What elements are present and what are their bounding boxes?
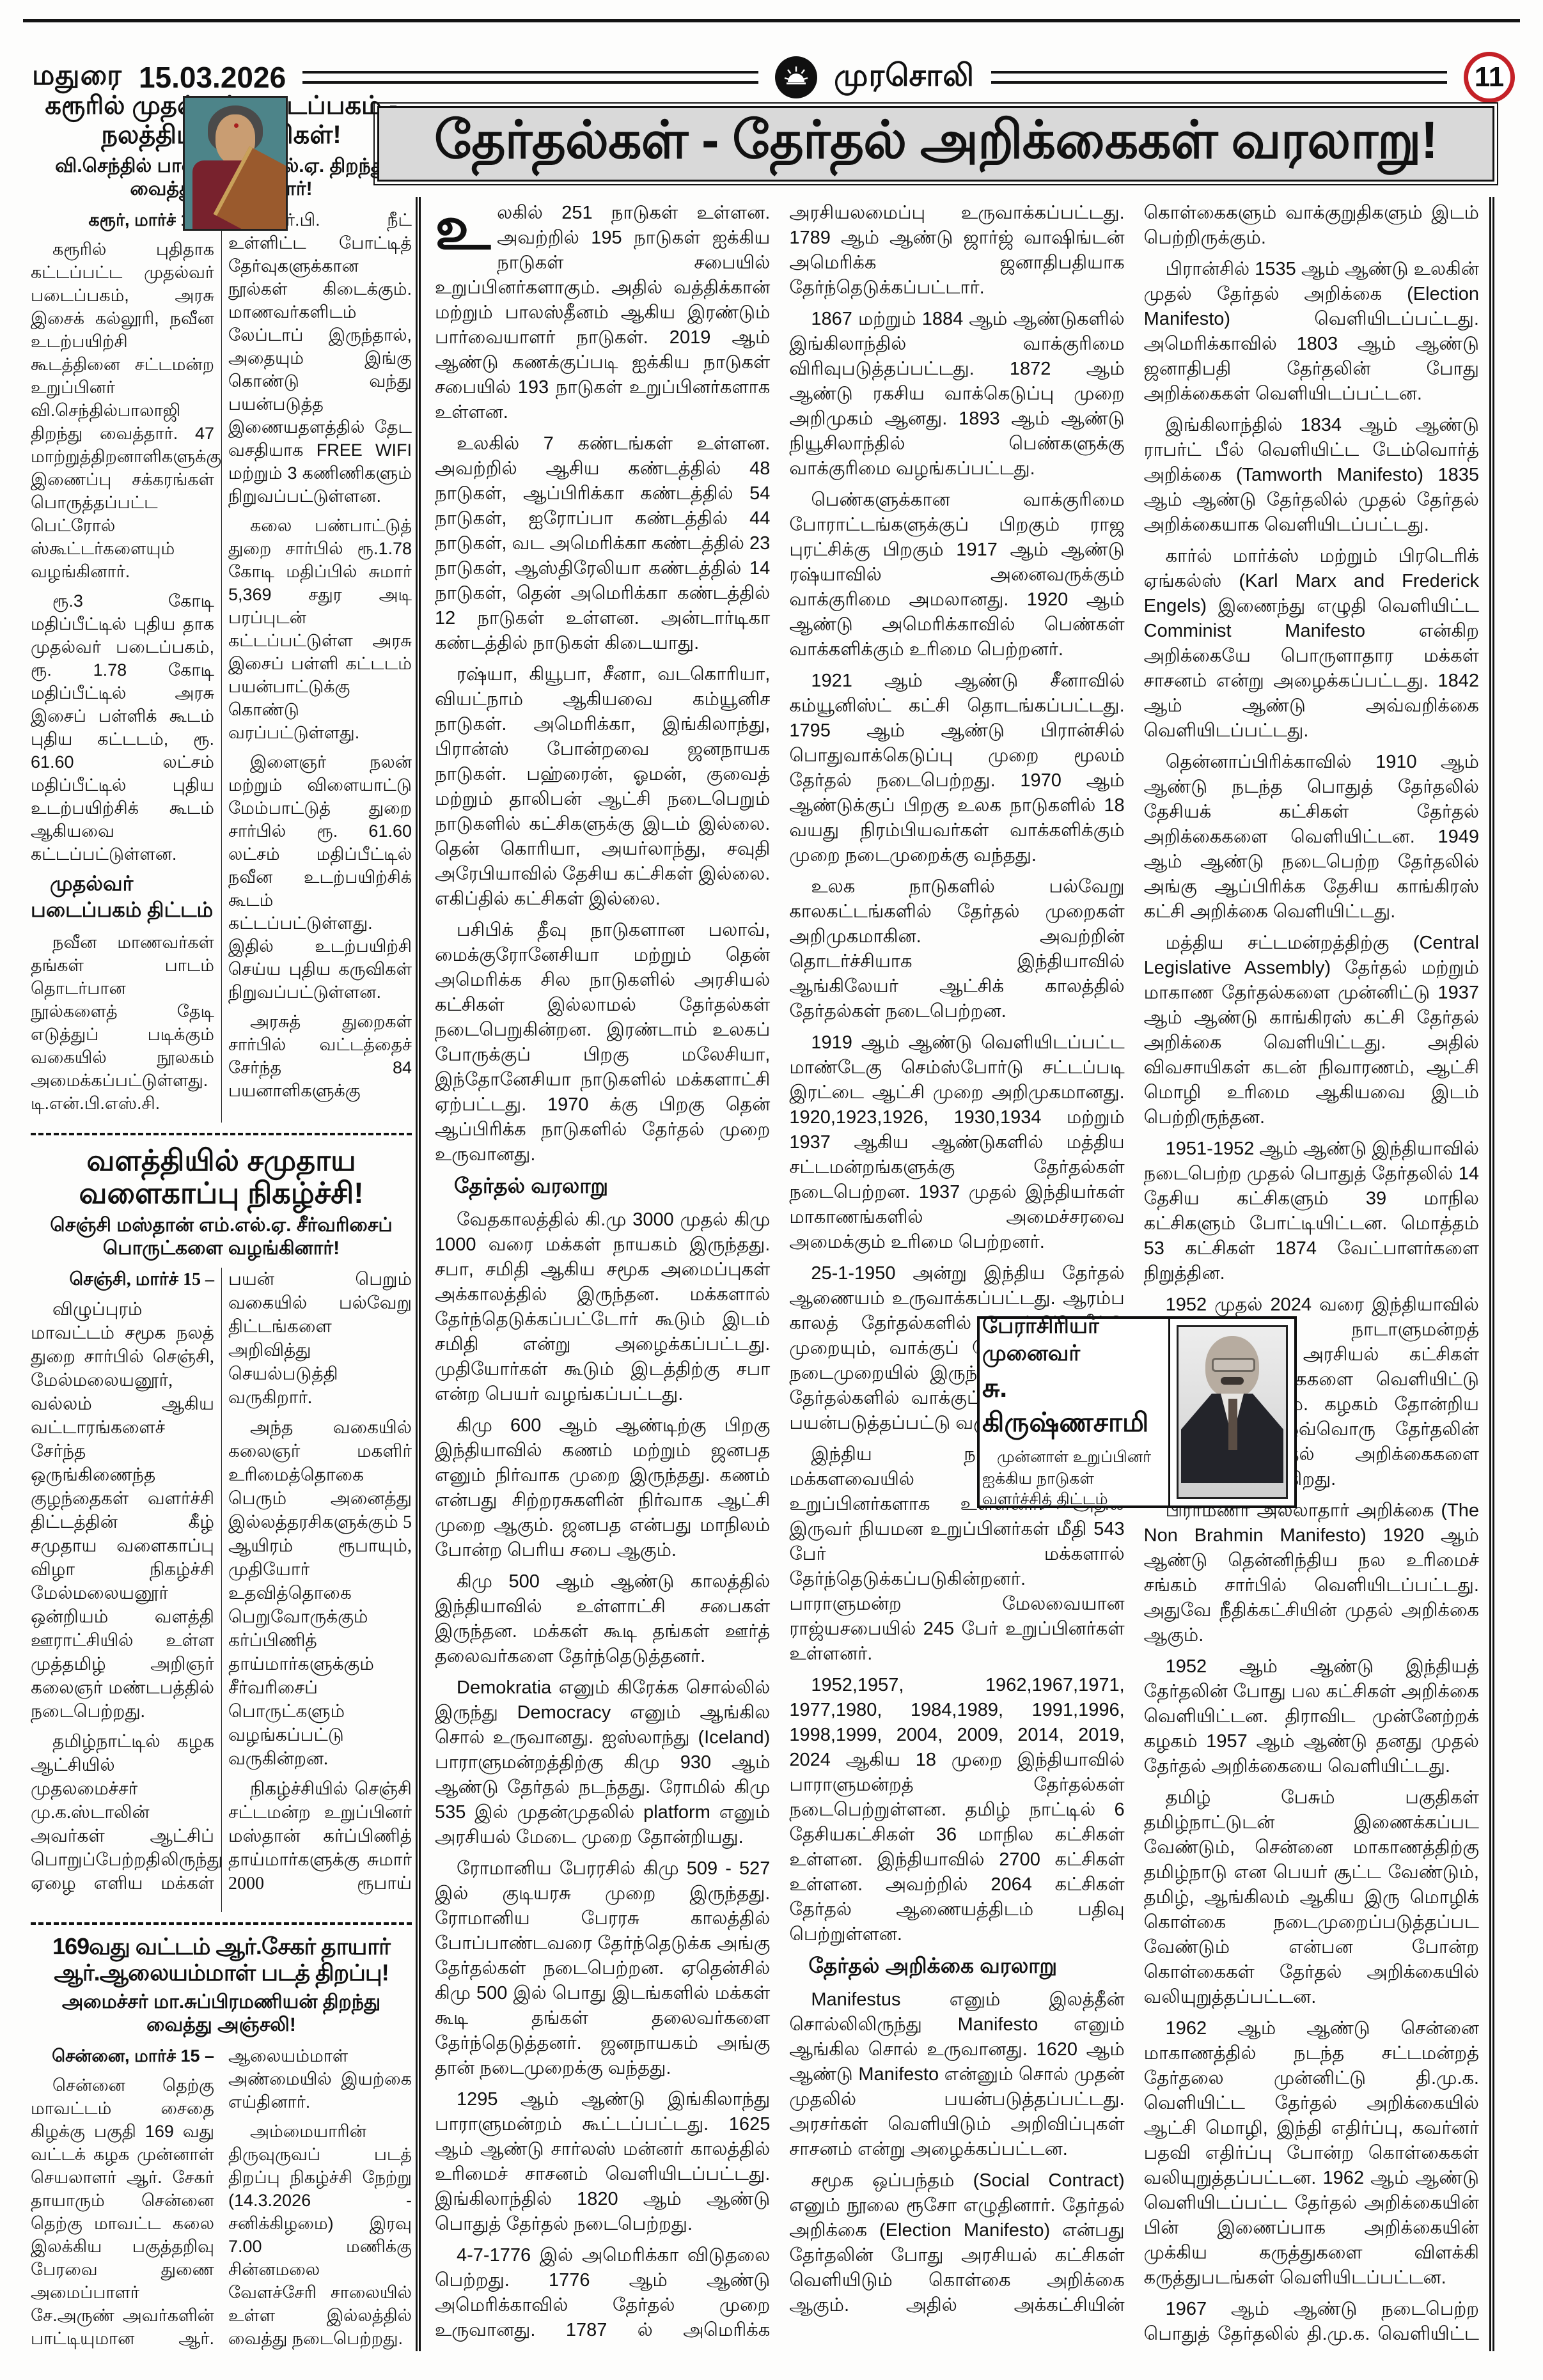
dateline: செஞ்சி, மார்ச் 15 – [31,1268,214,1291]
author-credentials: பேராசிரியர் முனைவர் சு. கிருஷ்ணசாமி முன்… [980,1319,1170,1505]
inline-subhead: முதல்வர் படைப்பகம் திட்டம் [31,872,214,924]
header-double-rule-left [302,71,758,84]
paragraph: பசிபிக் தீவு நாடுகளான பலாவ், மைக்குரோனேச… [435,918,770,1167]
paragraph: கார்ல் மார்க்ஸ் மற்றும் பிரடெரிக் ஏங்கல்… [1144,544,1479,743]
top-border-rule [23,19,1520,22]
author-photo [1177,1325,1288,1499]
paragraph: உலகில் 7 கண்டங்கள் உள்ளன. அவற்றில் ஆசிய … [435,432,770,656]
paragraph: Manifestus எனும் இலத்தீன் சொல்லிலிருந்து… [789,1987,1124,2162]
paragraph: உலக நாடுகளில் பல்வேறு காலகட்டங்களில் தேர… [789,875,1124,1024]
article-karur: கரூரில் முதல்வர் படைப்பகம் - நலத்திட்ட உ… [31,91,412,1123]
rising-sun-icon [781,63,811,92]
main-headline-banner: தேர்தல்கள் - தேர்தல் அறிக்கைகள் வரலாறு! [377,106,1494,182]
dateline: சென்னை, மார்ச் 15 – [31,2044,214,2067]
paragraph: Demokratia எனும் கிரேக்க சொல்லில் இருந்த… [435,1676,770,1850]
author-mustache [1221,1377,1244,1385]
article-gingee-subhead: செஞ்சி மஸ்தான் எம்.எல்.ஏ. சீர்வரிசைப் பொ… [31,1214,412,1260]
paragraph: 1962 ஆம் ஆண்டு சென்னை மாகாணத்தில் நடந்த … [1144,2016,1479,2291]
paragraph: 1952,1957, 1962,1967,1971, 1977,1980, 19… [789,1673,1124,1947]
author-profile-box: பேராசிரியர் முனைவர் சு. கிருஷ்ணசாமி முன்… [977,1316,1297,1508]
paragraph: வேதகாலத்தில் கி.மு 3000 முதல் கிமு 1000 … [435,1208,770,1407]
paragraph: ரோமானிய பேரரசில் கிமு 509 - 527 இல் குடி… [435,1856,770,2081]
paragraph: ரஷ்யா, கியூபா, சீனா, வடகொரியா, வியட்நாம்… [435,662,770,912]
article-portrait-opening: 169வது வட்டம் ஆர்.சேகர் தாயார் ஆர்.ஆலையம… [31,1934,412,2353]
author-tie [1228,1399,1237,1450]
page-number-badge: 11 [1464,52,1515,103]
paragraph: கிமு 600 ஆம் ஆண்டிற்கு பிறகு இந்தியாவில்… [435,1413,770,1563]
paragraph: 1952 ஆம் ஆண்டு இந்தியத் தேர்தலின் போது ப… [1144,1654,1479,1779]
drop-cap: உ [435,201,497,252]
article-portrait-body: சென்னை, மார்ச் 15 –சென்னை தெற்கு மாவட்டம… [31,2044,412,2353]
paragraph: கிமு 500 ஆம் ஆண்டு காலத்தில் இந்தியாவில்… [435,1569,770,1669]
paragraph: கரூரில் புதிதாக கட்டப்பட்ட முதல்வர் படைப… [31,238,214,583]
edition-date: 15.03.2026 [139,60,286,95]
masthead-title: முரசொலி [834,58,975,97]
paragraph: 1951-1952 ஆம் ஆண்டு இந்தியாவில் நடைபெற்ற… [1144,1137,1479,1286]
masthead-logo-icon [775,56,817,98]
paragraph: மத்திய சட்டமன்றத்திற்கு (Central Legisla… [1144,931,1479,1130]
paragraph: 1295 ஆம் ஆண்டு இங்கிலாந்து பாராளுமன்றம் … [435,2087,770,2237]
elderly-woman-photo [183,96,288,231]
article-gingee: வளத்தியில் சமுதாய வளைகாப்பு நிகழ்ச்சி! ச… [31,1144,412,1912]
paragraph: தமிழ் பேசும் பகுதிகள் தமிழ்நாட்டுடன் இணை… [1144,1785,1479,2010]
inline-subhead: தேர்தல் அறிக்கை வரலாறு [789,1954,1124,1981]
paragraph: உலகில் 251 நாடுகள் உள்ளன. அவற்றில் 195 ந… [435,201,770,425]
article-portrait-subhead: அமைச்சர் மா.சுப்பிரமணியன் திறந்து வைத்து… [31,1991,412,2037]
article-gingee-headline: வளத்தியில் சமுதாய வளைகாப்பு நிகழ்ச்சி! [31,1144,412,1209]
paragraph: இங்கிலாந்தில் 1834 ஆம் ஆண்டு ராபர்ட் பீல… [1144,413,1479,538]
paragraph: பெண்களுக்கான வாக்குரிமை போராட்டங்களுக்கு… [789,488,1124,662]
newspaper-page: மதுரை 15.03.2026 முரசொலி 11 கரூரில் முதல… [0,0,1543,2380]
author-role: முன்னாள் உறுப்பினர் [997,1448,1151,1468]
paragraph: விழுப்புரம் மாவட்டம் சமூக நலத் துறை சார்… [31,1298,214,1723]
author-name: சு. கிருஷ்ணசாமி [982,1373,1166,1442]
header-double-rule-right [991,71,1447,84]
edition-city: மதுரை [32,59,122,95]
main-headline: தேர்தல்கள் - தேர்தல் அறிக்கைகள் வரலாறு! [434,111,1437,178]
left-column: கரூரில் முதல்வர் படைப்பகம் - நலத்திட்ட உ… [31,91,412,2353]
article-karur-body: கரூர், மார்ச் 15 –கரூரில் புதிதாக கட்டப்… [31,208,412,1123]
inline-subhead: தேர்தல் வரலாறு [435,1174,770,1201]
dashed-separator-1 [31,1133,412,1135]
paragraph: 1919 ஆம் ஆண்டு வெளியிடப்பட்ட மாண்டேகு செ… [789,1031,1124,1255]
article-gingee-body: செஞ்சி, மார்ச் 15 –விழுப்புரம் மாவட்டம் … [31,1268,412,1912]
paragraph: தென்னாப்பிரிக்காவில் 1910 ஆம் ஆண்டு நடந்… [1144,750,1479,924]
paragraph: ரூ.3 கோடி மதிப்பீட்டில் புதிய தாக முதல்வ… [31,589,214,866]
author-title: பேராசிரியர் முனைவர் [982,1314,1166,1369]
woman-bindi [234,123,239,128]
author-glasses [1212,1358,1255,1372]
paragraph: பிரான்சில் 1535 ஆம் ஆண்டு உலகின் முதல் த… [1144,257,1479,407]
paragraph: 1921 ஆம் ஆண்டு சீனாவில் கம்யூனிஸ்ட் கட்ச… [789,669,1124,868]
main-story: தேர்தல்கள் - தேர்தல் அறிக்கைகள் வரலாறு! … [377,106,1494,2354]
paragraph: பிராமணர் அல்லாதார் அறிக்கை (The Non Brah… [1144,1498,1479,1648]
author-organisation: ஐக்கிய நாடுகள் வளர்ச்சித் திட்டம் [982,1470,1166,1511]
article-portrait-headline: 169வது வட்டம் ஆர்.சேகர் தாயார் ஆர்.ஆலையம… [31,1934,412,1986]
paragraph: 1867 மற்றும் 1884 ஆம் ஆண்டுகளில் இங்கிலா… [789,307,1124,481]
main-story-columns: உலகில் 251 நாடுகள் உள்ளன. அவற்றில் 195 ந… [416,197,1494,2351]
dashed-separator-2 [31,1922,412,1925]
